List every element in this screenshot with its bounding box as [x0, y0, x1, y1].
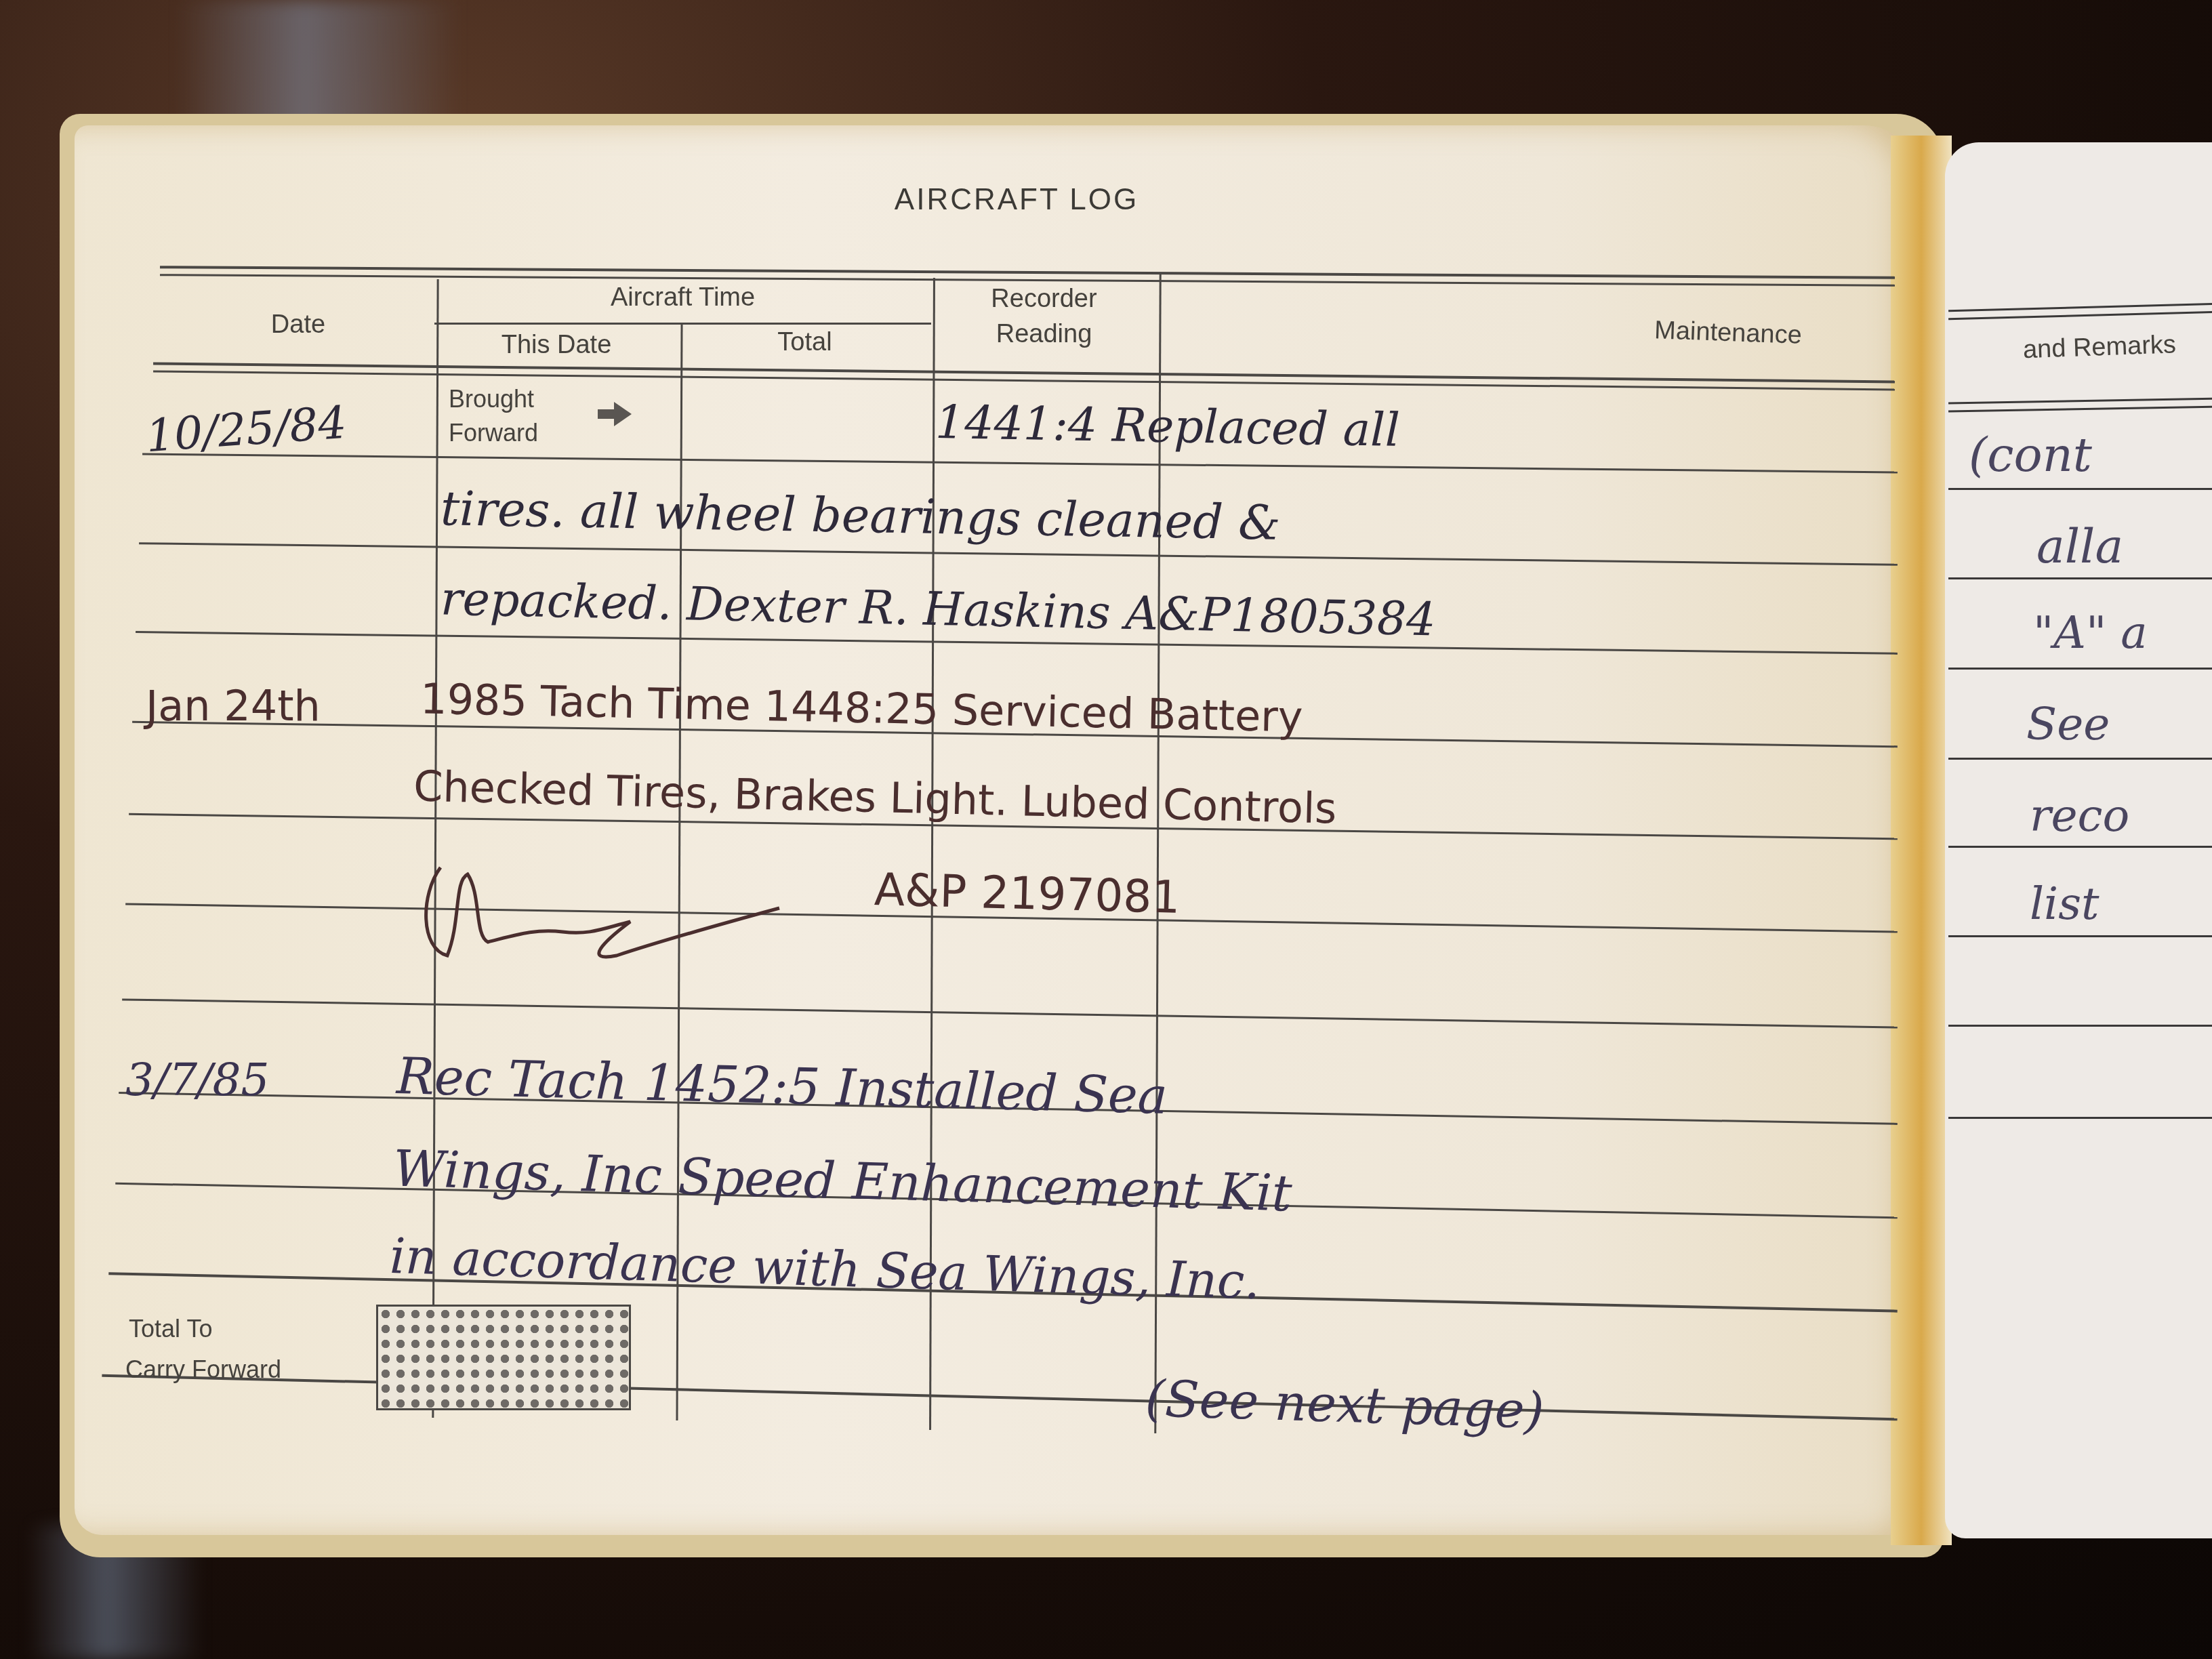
- book-gutter: [1891, 136, 1952, 1545]
- right-page-rule: [1948, 1117, 2212, 1119]
- arrow-right-icon: [614, 402, 632, 426]
- right-page-rule: [1948, 935, 2212, 937]
- entry-line: A&P 2197081: [874, 863, 1181, 924]
- column-header-total: Total: [678, 328, 931, 357]
- remark-line: "A" a: [2033, 607, 2148, 659]
- column-header-this-date: This Date: [434, 331, 678, 360]
- arrow-right-icon: [598, 409, 615, 419]
- remark-line: (cont: [1969, 427, 2092, 483]
- entry-line: (See next page): [1145, 1370, 1545, 1440]
- entry-line: 1441:4 Replaced all: [935, 396, 1400, 457]
- right-page-rule: [1948, 846, 2212, 848]
- right-page-rule: [1948, 488, 2212, 490]
- entry-date: 3/7/85: [125, 1054, 269, 1106]
- right-page-rule: [1948, 1025, 2212, 1027]
- shaded-cell: [376, 1305, 631, 1410]
- mechanic-signature: [413, 854, 793, 962]
- remark-line: See: [2026, 698, 2110, 750]
- column-header-recorder: Recorder: [931, 285, 1157, 314]
- total-carry-forward-label: Total To: [129, 1315, 332, 1343]
- column-header-date: Date: [203, 310, 393, 340]
- right-page-rule: [1948, 758, 2212, 760]
- page-title: AIRCRAFT LOG: [881, 183, 1152, 217]
- entry-date: Jan 24th: [146, 681, 321, 731]
- remark-line: alla: [2036, 518, 2123, 574]
- column-header-aircraft-time: Aircraft Time: [434, 283, 931, 312]
- right-page-rule: [1948, 577, 2212, 579]
- brought-forward-label: Forward: [449, 419, 584, 447]
- remark-line: reco: [2030, 790, 2129, 842]
- remark-line: list: [2030, 878, 2100, 930]
- total-carry-forward-label: Carry Forward: [125, 1355, 342, 1384]
- right-page-rule: [1948, 668, 2212, 670]
- column-header-reading: Reading: [931, 320, 1157, 349]
- brought-forward-label: Brought: [449, 385, 584, 413]
